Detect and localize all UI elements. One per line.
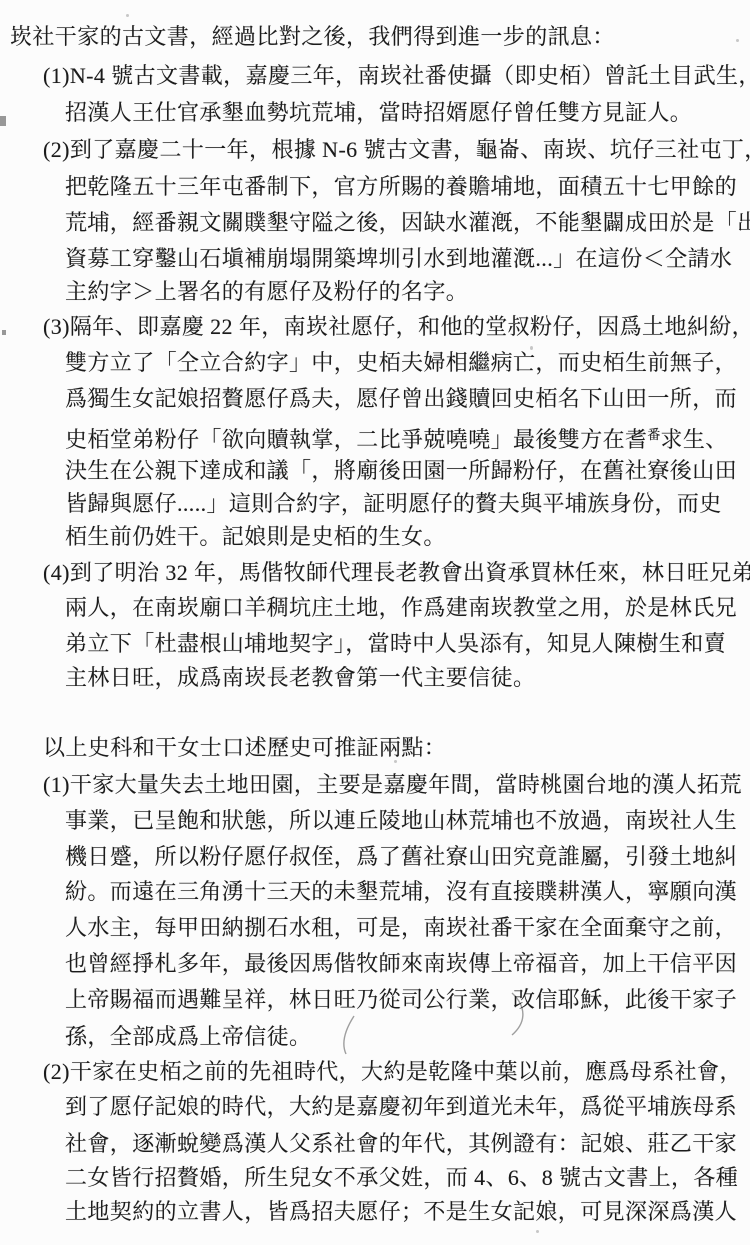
inserted-correction-char: 番: [647, 427, 660, 442]
text-line: 主約字＞上署名的有愿仔及粉仔的名字。: [65, 277, 468, 307]
text-line: 也曾經掙札多年，最後因馬偕牧師來南崁傳上帝福音，加上干信平因: [65, 949, 737, 979]
text-line: (4)到了明治 32 年，馬偕牧師代理長老教會出資承買林任來，林日旺兄弟: [43, 558, 750, 588]
text-line: 雙方立了「仝立合約字」中，史栢夫婦相繼病亡，而史栢生前無子，: [65, 348, 737, 378]
text-line: 栢生前仍姓干。記娘則是史栢的生女。: [65, 522, 446, 552]
text-line: (1)N-4 號古文書載，嘉慶三年，南崁社番使攝（即史栢）曾託土目武生，: [43, 61, 750, 91]
text-line: 皆歸與愿仔.....」這則合約字，証明愿仔的贅夫與平埔族身份，而史: [65, 489, 722, 519]
text-line: 社會，逐漸蛻變爲漢人父系社會的年代，其例證有：記娘、莊乙干家: [65, 1129, 737, 1159]
scan-speck: [536, 1230, 539, 1233]
text-line: 史栢堂弟粉仔「欲向贖執掌，二比爭兢嘵嘵」最後雙方在耆番求生、: [65, 420, 728, 455]
text-line: 兩人，在南崁廟口羊稠坑庄土地，作爲建南崁教堂之用，於是林氏兄: [65, 593, 737, 623]
text-line: 事業，已呈飽和狀態，所以連丘陵地山林荒埔也不放過，南崁社人生: [65, 806, 737, 836]
text-line: 以上史科和干女士口述歷史可推証兩點：: [43, 733, 446, 763]
text-line: 弟立下「杜盡根山埔地契字」，當時中人吳添有，知見人陳樹生和賣: [65, 629, 726, 659]
scan-edge-mark: [2, 330, 6, 335]
text-line: 機日蹙，所以粉仔愿仔叔侄，爲了舊社寮山田究竟誰屬，引發土地糾: [65, 842, 737, 872]
text-line: 紛。而遠在三角湧十三天的未墾荒埔，沒有直接贌耕漢人，寧願向漢: [65, 877, 737, 907]
scan-speck: [126, 14, 129, 17]
intro-line: 崁社干家的古文書，經過比對之後，我們得到進一步的訊息：: [10, 22, 615, 52]
text-line: 爲獨生女記娘招贅愿仔爲夫，愿仔曾出錢贖回史栢名下山田一所，而: [65, 384, 737, 414]
text-line: 把乾隆五十三年屯番制下，官方所賜的養贍埔地，面積五十七甲餘的: [65, 172, 737, 202]
text-line: 決生在公親下達成和議「，將廟後田園一所歸粉仔，在舊社寮後山田: [65, 456, 737, 486]
text-line: 上帝賜福而遇難呈祥，林日旺乃從司公行業，改信耶穌，此後干家子: [65, 985, 737, 1015]
text-line: 人水主，每甲田納捌石水租，可是，南崁社番干家在全面棄守之前，: [65, 913, 737, 943]
text-line: 到了愿仔記娘的時代，大約是嘉慶初年到道光未年，爲從平埔族母系: [65, 1092, 737, 1122]
scan-edge-mark: [0, 116, 6, 126]
line-text: 求生、: [660, 427, 727, 452]
text-line: (3)隔年、即嘉慶 22 年，南崁社愿仔，和他的堂叔粉仔，因爲土地糾紛，: [43, 312, 750, 342]
text-line: 主林日旺，成爲南崁長老教會第一代主要信徒。: [65, 663, 535, 693]
text-line: 二女皆行招贅婚，所生兒女不承父姓，而 4、6、8 號古文書上，各種: [65, 1163, 738, 1193]
line-text: 史栢堂弟粉仔「欲向贖執掌，二比爭兢嘵嘵」最後雙方在耆: [65, 427, 647, 452]
scanned-page: 崁社干家的古文書，經過比對之後，我們得到進一步的訊息：(1)N-4 號古文書載，…: [0, 0, 750, 1245]
text-line: 孫，全部成爲上帝信徒。: [65, 1022, 311, 1052]
text-line: (2)干家在史栢之前的先祖時代，大約是乾隆中葉以前，應爲母系社會，: [43, 1057, 742, 1087]
text-line: 資募工穿鑿山石塡補崩塌開築埤圳引水到地灌漑...」在這份＜仝請水: [65, 244, 732, 274]
scan-speck: [736, 39, 739, 42]
text-line: (2)到了嘉慶二十一年，根據 N-6 號古文書，龜崙、南崁、坑仔三社屯丁，: [43, 135, 750, 165]
text-line: 土地契約的立書人，皆爲招夫愿仔；不是生女記娘，可見深深爲漢人: [65, 1197, 737, 1227]
text-line: 荒埔，經番親文關贌墾守隘之後，因缺水灌漑，不能墾闢成田於是「出: [65, 208, 750, 238]
text-line: (1)干家大量失去土地田園，主要是嘉慶年間，當時桃園台地的漢人拓荒: [43, 770, 742, 800]
text-line: 招漢人王仕官承墾血勢坑荒埔，當時招婿愿仔曾任雙方見証人。: [65, 98, 692, 128]
